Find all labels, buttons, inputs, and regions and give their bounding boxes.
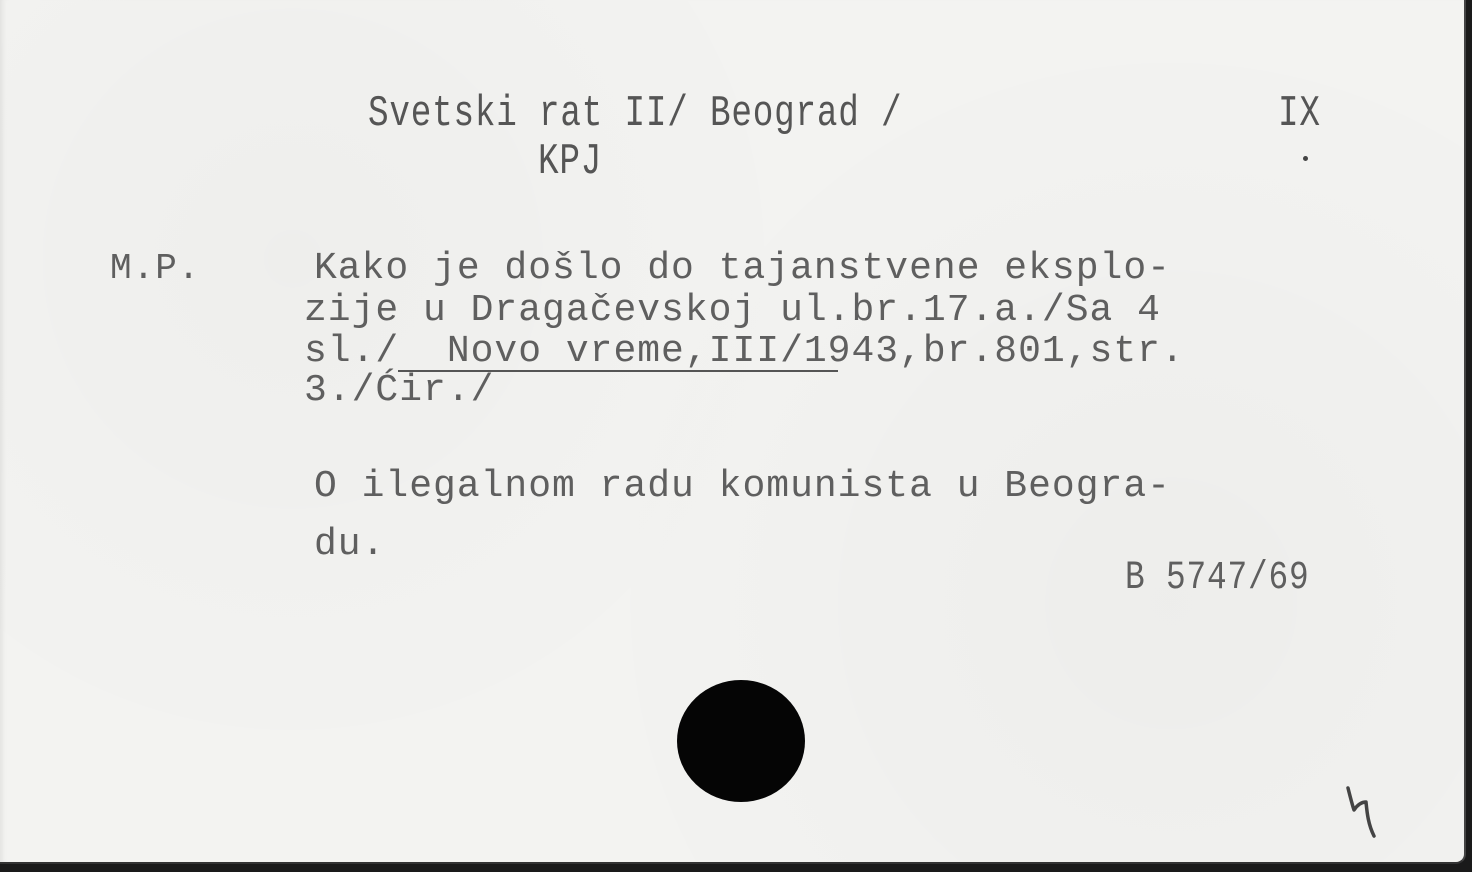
dot-mark — [1303, 156, 1308, 161]
entry-line: Kako je došlo do tajanstvene eksplo- — [314, 250, 1171, 288]
call-number: B 5747/69 — [1125, 560, 1310, 598]
author-initials: M.P. — [110, 250, 200, 288]
subject-subheading: KPJ — [538, 140, 602, 184]
annotation-line: O ilegalnom radu komunista u Beogra- — [314, 468, 1171, 506]
subject-heading: Svetski rat II/ Beograd / — [368, 92, 902, 136]
annotation-line: du. — [314, 526, 385, 564]
handwritten-mark-icon — [1340, 782, 1380, 842]
volume-mark: IX — [1278, 92, 1321, 136]
catalog-card: Svetski rat II/ Beograd / KPJ IX M.P. Ka… — [0, 0, 1466, 864]
entry-line: zije u Dragačevskoj ul.br.17.a./Sa 4 — [304, 292, 1161, 330]
entry-line: sl./ Novo vreme,III/1943,br.801,str. — [304, 333, 1185, 371]
punch-hole — [677, 680, 805, 802]
entry-line: 3./Ćir./ — [304, 372, 494, 410]
